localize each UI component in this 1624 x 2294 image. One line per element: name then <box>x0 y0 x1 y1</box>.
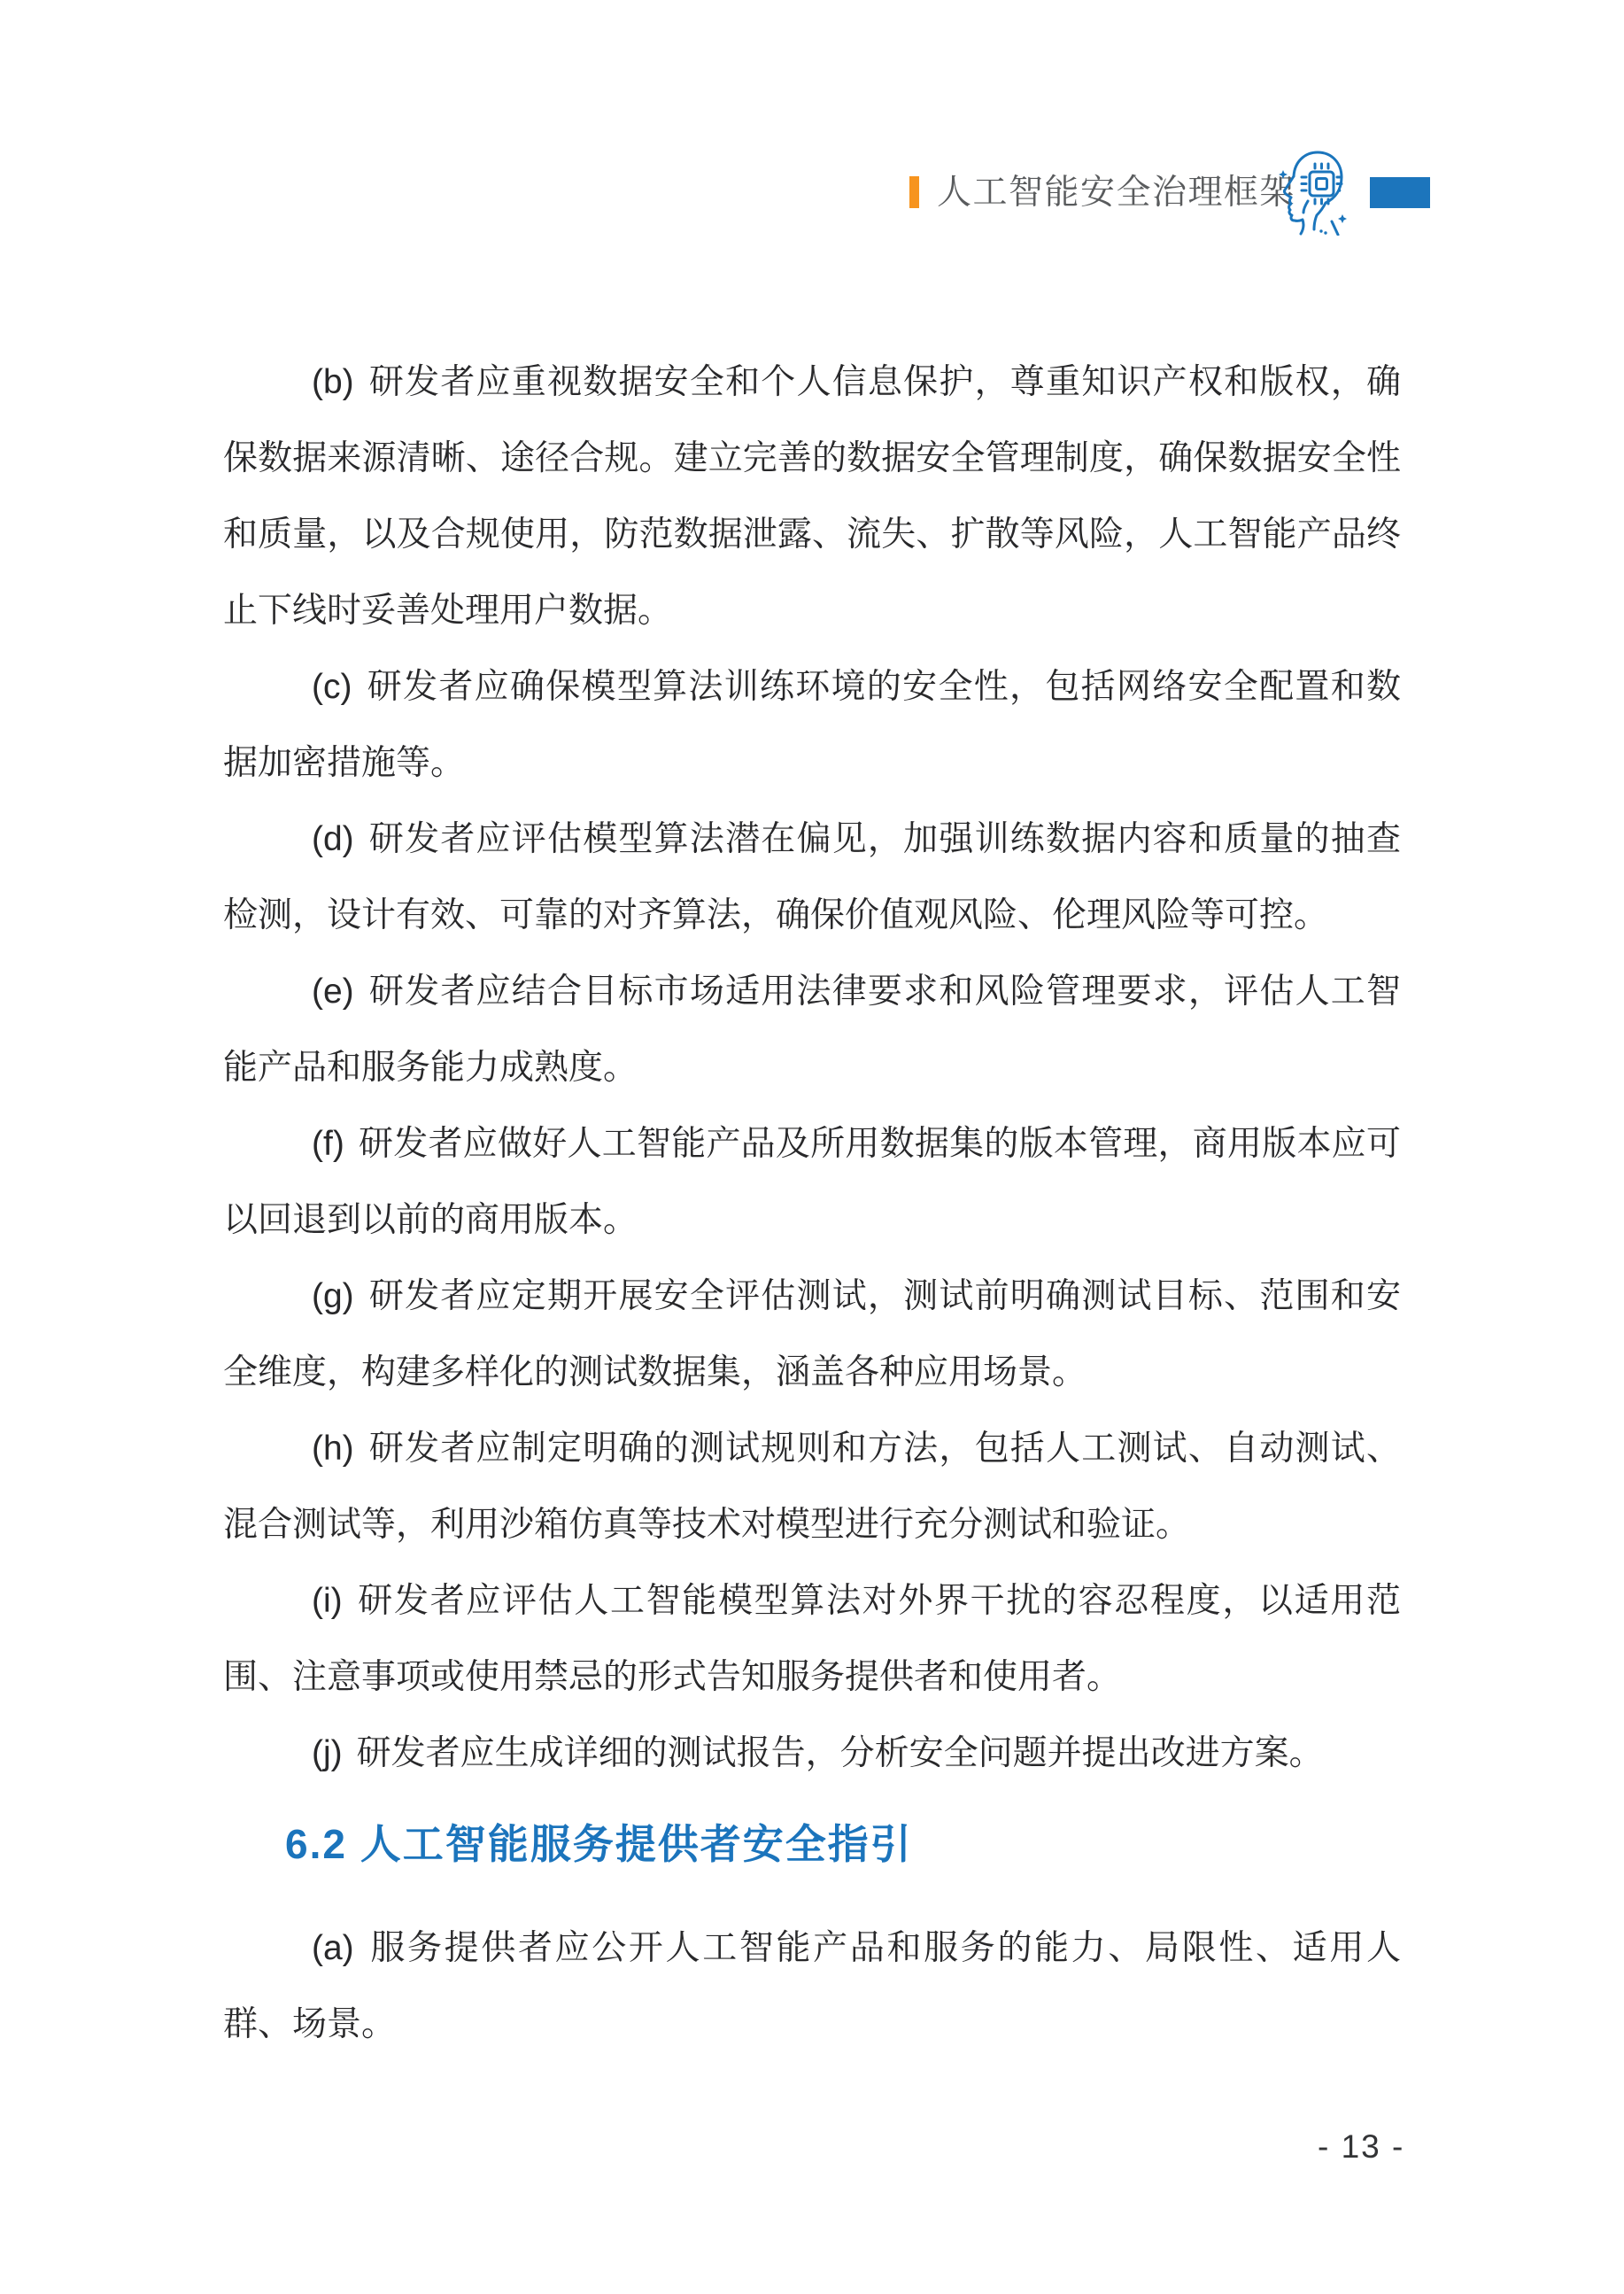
paragraph-text: 研发者应生成详细的测试报告，分析安全问题并提出改进方案。 <box>357 1734 1324 1772</box>
paragraph-label: (f) <box>312 1125 344 1163</box>
paragraph-g: (g)研发者应定期开展安全评估测试，测试前明确测试目标、范围和安全维度，构建多样… <box>223 1259 1401 1411</box>
paragraph-label: (b) <box>312 363 354 401</box>
paragraph-text: 研发者应做好人工智能产品及所用数据集的版本管理，商用版本应可以回退到以前的商用版… <box>223 1125 1401 1239</box>
page-number: - 13 - <box>1318 2128 1404 2166</box>
section-heading: 6.2 人工智能服务提供者安全指引 <box>223 1816 1401 1872</box>
document-body: (b)研发者应重视数据安全和个人信息保护，尊重知识产权和版权，确保数据来源清晰、… <box>223 345 1401 2063</box>
paragraph-text: 研发者应制定明确的测试规则和方法，包括人工测试、自动测试、混合测试等，利用沙箱仿… <box>223 1430 1401 1544</box>
paragraph-d: (d)研发者应评估模型算法潜在偏见，加强训练数据内容和质量的抽查检测，设计有效、… <box>223 802 1401 954</box>
header-accent-bar <box>909 176 919 208</box>
paragraph-text: 研发者应结合目标市场适用法律要求和风险管理要求，评估人工智能产品和服务能力成熟度… <box>223 973 1401 1087</box>
paragraph-label: (h) <box>312 1430 354 1468</box>
paragraph-j: (j)研发者应生成详细的测试报告，分析安全问题并提出改进方案。 <box>223 1716 1401 1792</box>
paragraph-h: (h)研发者应制定明确的测试规则和方法，包括人工测试、自动测试、混合测试等，利用… <box>223 1411 1401 1563</box>
paragraph-label: (c) <box>312 668 352 706</box>
page: 人工智能安全治理框架 <box>0 0 1624 2294</box>
ai-head-chip-icon <box>1276 147 1349 236</box>
paragraph-text: 研发者应评估模型算法潜在偏见，加强训练数据内容和质量的抽查检测，设计有效、可靠的… <box>223 820 1401 934</box>
paragraph-label: (e) <box>312 973 354 1011</box>
paragraph-f: (f)研发者应做好人工智能产品及所用数据集的版本管理，商用版本应可以回退到以前的… <box>223 1106 1401 1259</box>
paragraph-label: (j) <box>312 1734 343 1772</box>
paragraph-label: (i) <box>312 1582 343 1620</box>
paragraph-b: (b)研发者应重视数据安全和个人信息保护，尊重知识产权和版权，确保数据来源清晰、… <box>223 345 1401 649</box>
paragraph-label: (a) <box>312 1929 354 1967</box>
paragraph-i: (i)研发者应评估人工智能模型算法对外界干扰的容忍程度，以适用范围、注意事项或使… <box>223 1563 1401 1716</box>
paragraph-a: (a)服务提供者应公开人工智能产品和服务的能力、局限性、适用人群、场景。 <box>223 1910 1401 2063</box>
paragraph-c: (c)研发者应确保模型算法训练环境的安全性，包括网络安全配置和数据加密措施等。 <box>223 649 1401 802</box>
paragraph-text: 研发者应定期开展安全评估测试，测试前明确测试目标、范围和安全维度，构建多样化的测… <box>223 1277 1401 1391</box>
paragraph-e: (e)研发者应结合目标市场适用法律要求和风险管理要求，评估人工智能产品和服务能力… <box>223 954 1401 1106</box>
paragraph-text: 研发者应重视数据安全和个人信息保护，尊重知识产权和版权，确保数据来源清晰、途径合… <box>223 363 1401 630</box>
paragraph-label: (d) <box>312 820 354 858</box>
paragraph-text: 服务提供者应公开人工智能产品和服务的能力、局限性、适用人群、场景。 <box>223 1929 1401 2043</box>
paragraph-label: (g) <box>312 1277 354 1315</box>
page-header: 人工智能安全治理框架 <box>0 0 1624 266</box>
header-title: 人工智能安全治理框架 <box>937 175 1295 211</box>
paragraph-text: 研发者应确保模型算法训练环境的安全性，包括网络安全配置和数据加密措施等。 <box>223 668 1401 782</box>
paragraph-text: 研发者应评估人工智能模型算法对外界干扰的容忍程度，以适用范围、注意事项或使用禁忌… <box>223 1582 1401 1696</box>
header-accent-rect <box>1370 177 1430 208</box>
